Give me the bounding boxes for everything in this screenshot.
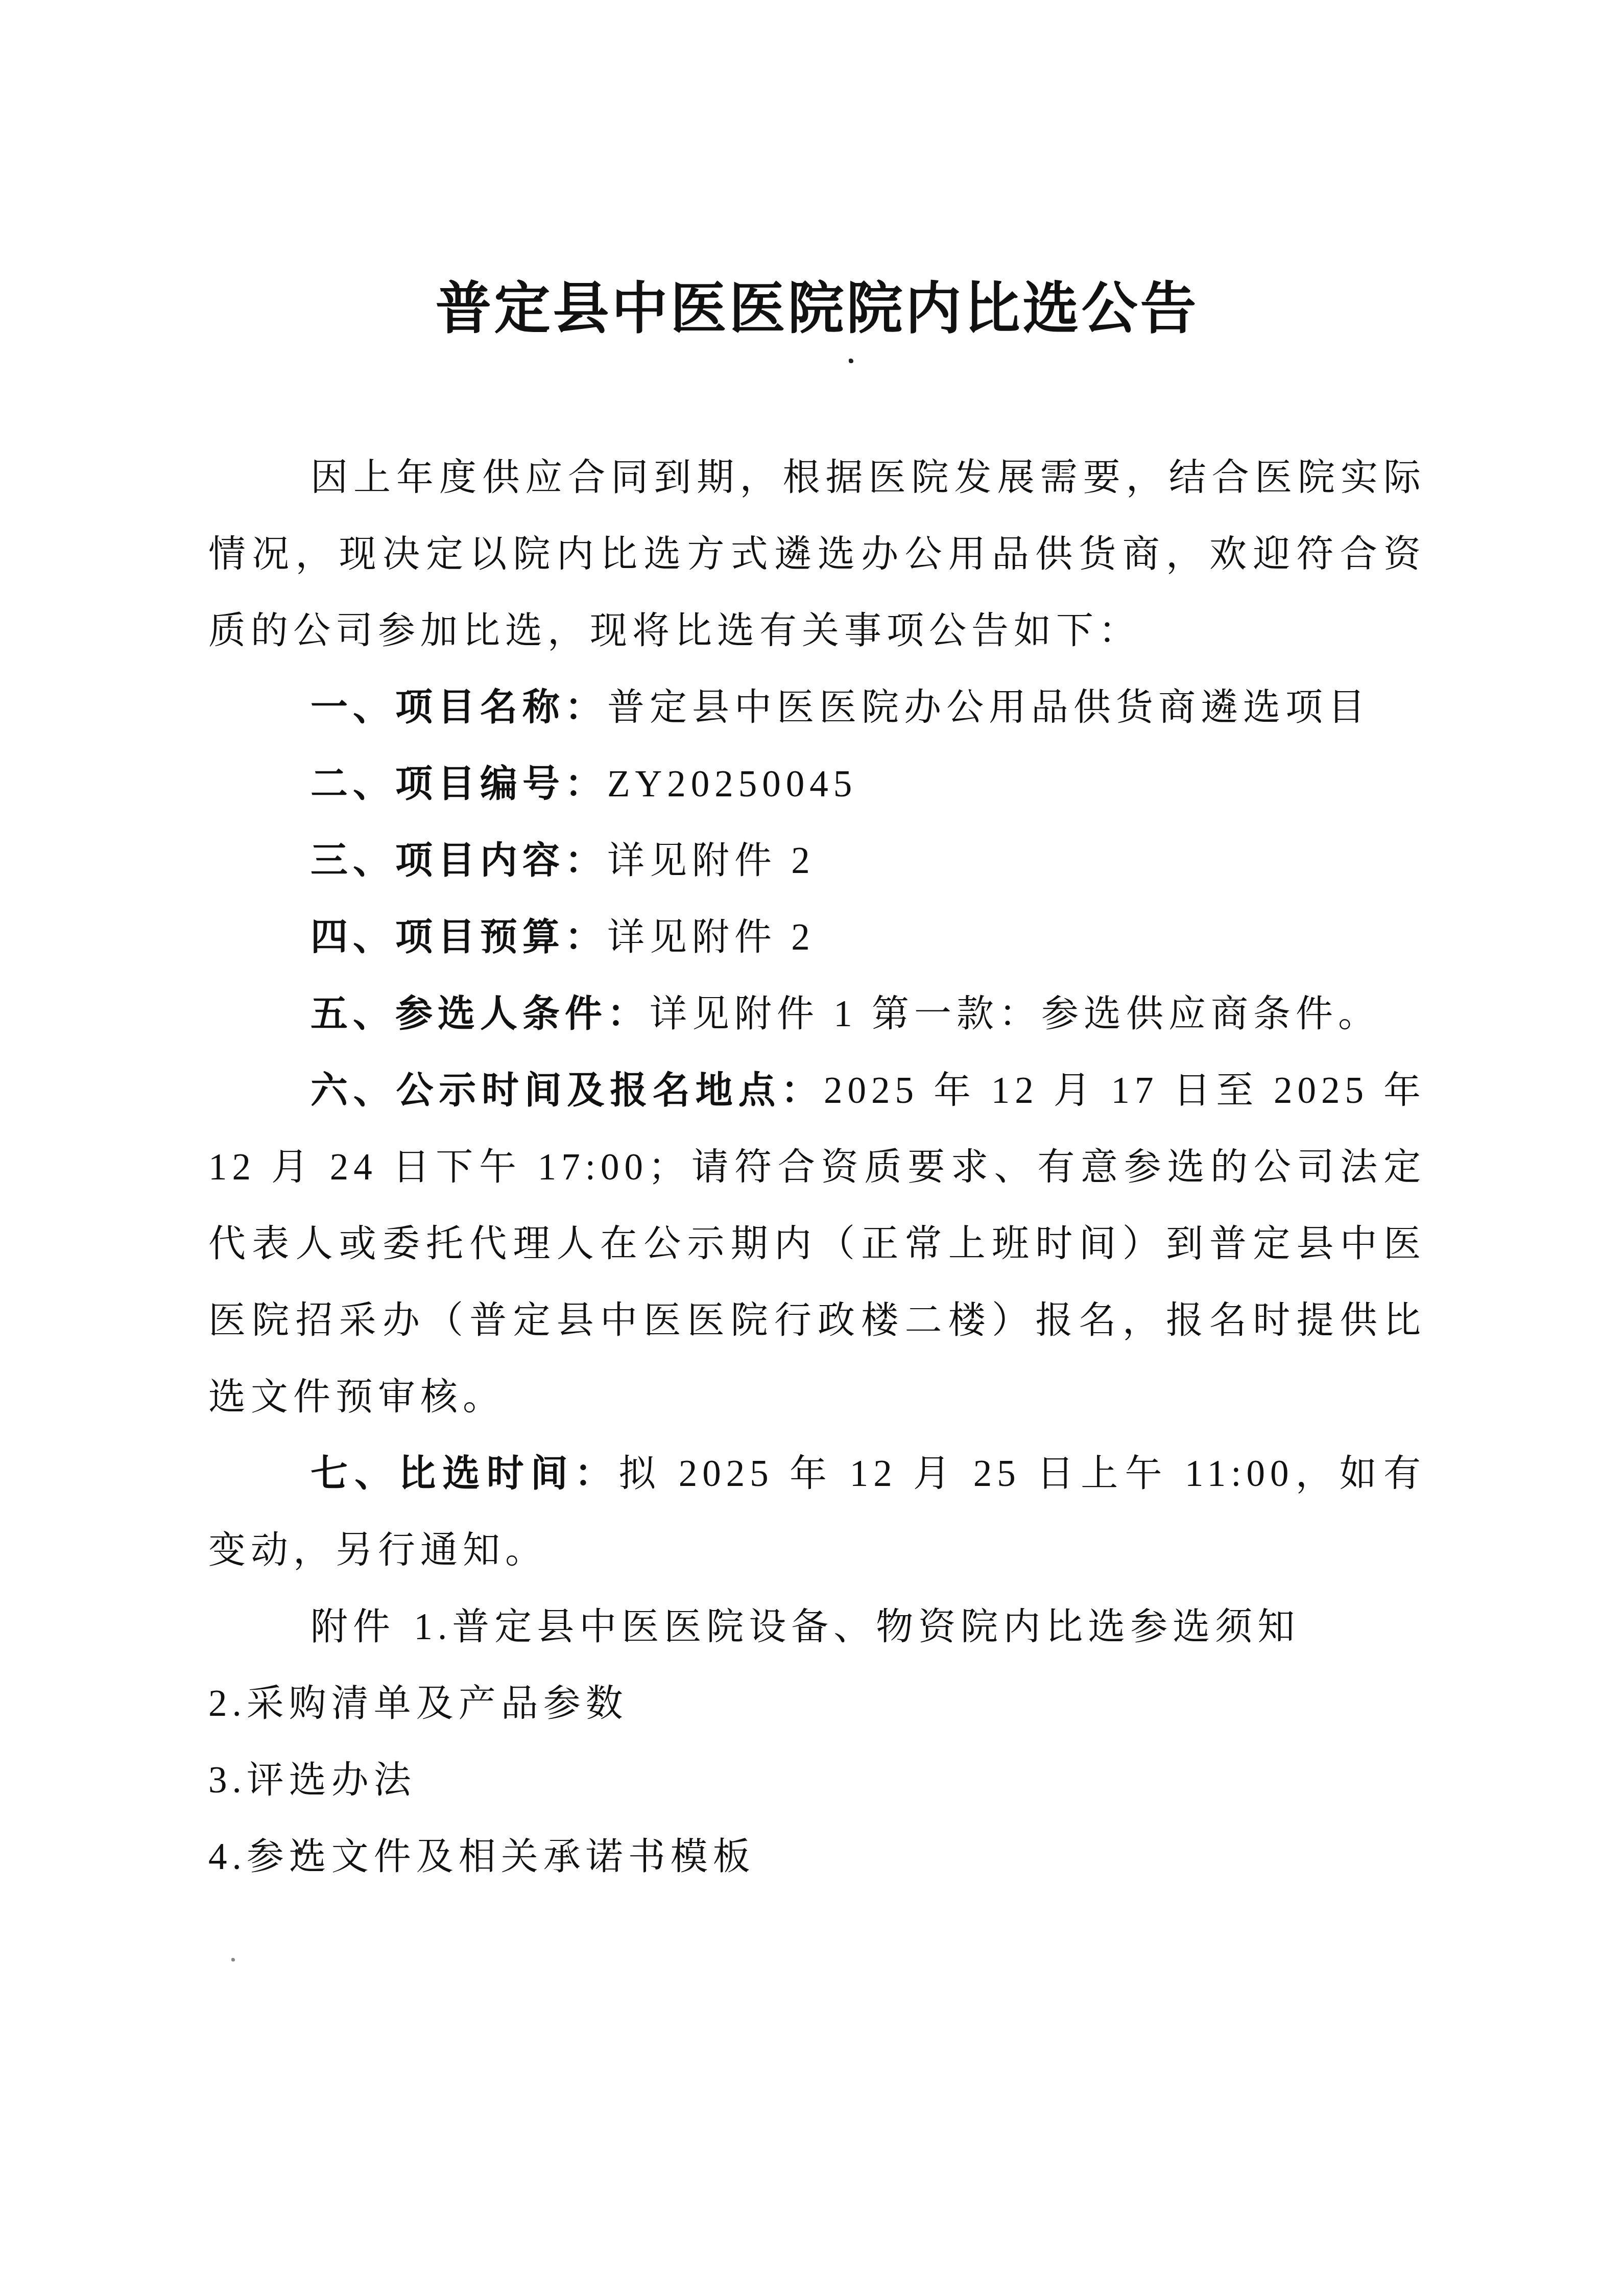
- attachment-line-2: 2.采购清单及产品参数: [208, 1665, 1426, 1742]
- attachment-line-3: 3.评选办法: [208, 1742, 1426, 1818]
- item-project-name-text: 普定县中医医院办公用品供货商遴选项目: [607, 687, 1370, 728]
- item-project-number-text: ZY20250045: [607, 763, 857, 805]
- item-publicity-time-place-label: 六、公示时间及报名地点：: [311, 1070, 824, 1111]
- item-participant-conditions-text: 详见附件 1 第一款：参选供应商条件。: [650, 993, 1380, 1034]
- item-project-content-label: 三、项目内容：: [311, 840, 607, 881]
- attachment-line-4: 4.参选文件及相关承诺书模板: [208, 1818, 1426, 1895]
- item-selection-time-label: 七、比选时间：: [311, 1453, 618, 1494]
- item-project-budget-text: 详见附件 2: [607, 916, 815, 958]
- item-project-number-label: 二、项目编号：: [311, 763, 607, 805]
- attachment-line-1: 附件1.普定县中医医院设备、物资院内比选参选须知: [208, 1589, 1426, 1665]
- document-text-block: 普定县中医医院院内比选公告 因上年度供应合同到期，根据医院发展需要，结合医院实际…: [208, 0, 1426, 1895]
- attachment-1-text: 1.普定县中医医院设备、物资院内比选参选须知: [414, 1606, 1300, 1647]
- item-publicity-time-place: 六、公示时间及报名地点：2025 年 12 月 17 日至 2025 年 12 …: [208, 1052, 1426, 1435]
- item-publicity-time-place-text: 2025 年 12 月 17 日至 2025 年 12 月 24 日下午 17:…: [208, 1070, 1426, 1417]
- scan-artifact-right-edge: [1609, 0, 1624, 2293]
- scan-speck: [298, 1847, 303, 1855]
- item-project-budget: 四、项目预算：详见附件 2: [208, 899, 1426, 976]
- item-participant-conditions-label: 五、参选人条件：: [311, 993, 650, 1034]
- item-selection-time: 七、比选时间：拟 2025 年 12 月 25 日上午 11:00，如有变动，另…: [208, 1435, 1426, 1589]
- item-project-content: 三、项目内容：详见附件 2: [208, 822, 1426, 899]
- scan-speck: [849, 359, 853, 363]
- intro-paragraph: 因上年度供应合同到期，根据医院发展需要，结合医院实际情况，现决定以院内比选方式遴…: [208, 439, 1426, 669]
- item-project-number: 二、项目编号：ZY20250045: [208, 746, 1426, 822]
- document-body: 因上年度供应合同到期，根据医院发展需要，结合医院实际情况，现决定以院内比选方式遴…: [208, 439, 1426, 1895]
- item-project-content-text: 详见附件 2: [607, 840, 815, 881]
- attachments-prefix: 附件: [311, 1606, 395, 1647]
- item-project-name: 一、项目名称：普定县中医医院办公用品供货商遴选项目: [208, 669, 1426, 746]
- item-project-budget-label: 四、项目预算：: [311, 916, 607, 958]
- document-page: 普定县中医医院院内比选公告 因上年度供应合同到期，根据医院发展需要，结合医院实际…: [0, 0, 1624, 2293]
- item-participant-conditions: 五、参选人条件：详见附件 1 第一款：参选供应商条件。: [208, 976, 1426, 1052]
- page-title: 普定县中医医院院内比选公告: [208, 266, 1426, 352]
- item-project-name-label: 一、项目名称：: [311, 687, 607, 728]
- scan-speck: [231, 1958, 235, 1961]
